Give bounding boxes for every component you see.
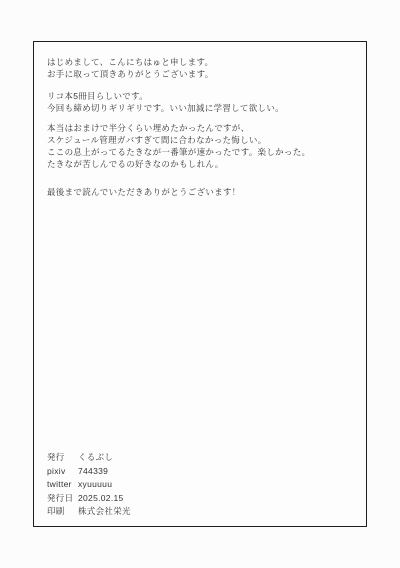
colophon-label: twitter [47, 478, 78, 492]
colophon: 発行 くるぶし pixiv 744339 twitter xyuuuuu 発行日… [47, 451, 131, 519]
colophon-value: 株式会社栄光 [78, 505, 131, 519]
scanned-page: はじめまして、こんにちはゅと申します。 お手に取って頂きありがとうございます。 … [0, 0, 400, 568]
colophon-row-pixiv: pixiv 744339 [47, 465, 131, 479]
colophon-value: くるぶし [78, 451, 113, 465]
afterword-paragraph: 最後まで読んでいただきありがとうございます！ [47, 186, 354, 198]
afterword-paragraph: リコ本5冊目らしいです。 今回も締め切りギリギリです。いい加減に学習して欲しい。 [47, 90, 354, 114]
text-line: 最後まで読んでいただきありがとうございます！ [47, 186, 354, 198]
afterword-paragraph: はじめまして、こんにちはゅと申します。 お手に取って頂きありがとうございます。 [47, 56, 354, 80]
colophon-label: 発行日 [47, 492, 78, 506]
colophon-label: 印刷 [47, 505, 78, 519]
page-border-frame: はじめまして、こんにちはゅと申します。 お手に取って頂きありがとうございます。 … [33, 41, 367, 527]
colophon-label: pixiv [47, 465, 78, 479]
colophon-value: 2025.02.15 [78, 492, 124, 506]
text-line: 今回も締め切りギリギリです。いい加減に学習して欲しい。 [47, 102, 354, 114]
colophon-label: 発行 [47, 451, 78, 465]
text-line: たきなが苦しんでるの好きなのかもしれん。 [47, 158, 354, 170]
text-line: リコ本5冊目らしいです。 [47, 90, 354, 102]
text-line: ここの息上がってるたきなが一番筆が速かったです。楽しかった。 [47, 146, 354, 158]
afterword-paragraph: 本当はおまけで半分くらい埋めたかったんですが、 スケジュール管理ガバすぎて間に合… [47, 122, 354, 170]
colophon-value: 744339 [78, 465, 108, 479]
colophon-row-printer: 印刷 株式会社栄光 [47, 505, 131, 519]
afterword-text: はじめまして、こんにちはゅと申します。 お手に取って頂きありがとうございます。 … [34, 42, 366, 198]
colophon-value: xyuuuuu [78, 478, 112, 492]
text-line: スケジュール管理ガバすぎて間に合わなかった悔しい。 [47, 134, 354, 146]
colophon-row-publish-date: 発行日 2025.02.15 [47, 492, 131, 506]
colophon-row-twitter: twitter xyuuuuu [47, 478, 131, 492]
colophon-row-publisher: 発行 くるぶし [47, 451, 131, 465]
text-line: お手に取って頂きありがとうございます。 [47, 68, 354, 80]
text-line: はじめまして、こんにちはゅと申します。 [47, 56, 354, 68]
text-line: 本当はおまけで半分くらい埋めたかったんですが、 [47, 122, 354, 134]
